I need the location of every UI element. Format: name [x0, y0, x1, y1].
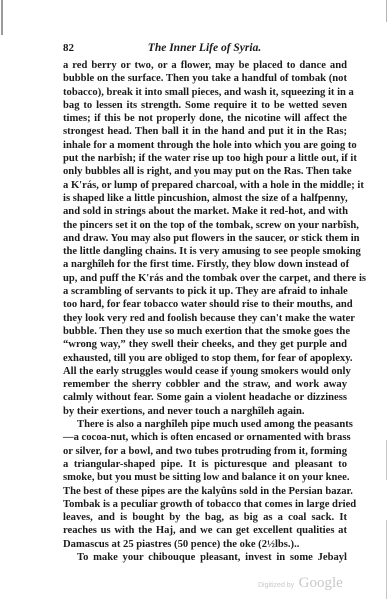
- text-line: only bubbles all is right, and you may p…: [63, 165, 347, 178]
- text-line: up, and puff the K'rás and the tombak ov…: [63, 272, 347, 285]
- scan-edge-artifact: [1, 0, 3, 35]
- text-line: bubble. Then they use so much exertion t…: [63, 325, 347, 338]
- text-line: a narghîleh for the first time. Firstly,…: [63, 258, 347, 271]
- text-line: put the narbîsh; if the water rise up to…: [63, 152, 347, 165]
- text-line: leaves, and is bought by the bag, as big…: [63, 511, 347, 524]
- text-line: tobacco), break it into small pieces, an…: [63, 86, 347, 99]
- text-line: bag to lessen its strength. Some require…: [63, 99, 347, 112]
- text-line: and draw. You may also put flowers in th…: [63, 232, 347, 245]
- running-title: The Inner Life of Syria.: [63, 42, 346, 54]
- text-line: by their exertions, and never touch a na…: [63, 405, 347, 418]
- text-line: times; if this be not properly done, the…: [63, 112, 347, 125]
- text-line: All the early struggles would cease if y…: [63, 365, 347, 378]
- text-line: calmly without fear. Some gain a violent…: [63, 391, 347, 404]
- text-line: a K'rás, or lump of prepared charcoal, w…: [63, 179, 347, 192]
- scan-edge-artifact: [386, 0, 387, 22]
- google-logo-text: Google: [299, 575, 343, 591]
- text-line: Tombak is a peculiar growth of tobacco t…: [63, 498, 347, 511]
- text-line: they look very red and foolish because t…: [63, 312, 347, 325]
- text-line: is shaped like a little pincushion, almo…: [63, 192, 347, 205]
- text-line: There is also a narghîleh pipe much used…: [63, 418, 347, 431]
- page-header: 82 The Inner Life of Syria.: [63, 42, 346, 56]
- text-line: exhausted, till you are obliged to stop …: [63, 352, 347, 365]
- watermark-prefix: Digitized by: [258, 582, 294, 589]
- text-line: the little dangling chains. It is very a…: [63, 245, 347, 258]
- text-line: bubble on the surface. Then you take a h…: [63, 72, 347, 85]
- text-line: strongest head. Then ball it in the hand…: [63, 125, 347, 138]
- text-line: a scrambling of servants to pick it up. …: [63, 285, 347, 298]
- scan-edge-artifact: [386, 440, 387, 480]
- text-line: —a cocoa-nut, which is often encased or …: [63, 431, 347, 444]
- text-line: Damascus at 25 piastres (50 pence) the o…: [63, 538, 347, 551]
- text-line: a red berry or two, or a flower, may be …: [63, 59, 347, 72]
- text-line: inhale for a moment through the hole int…: [63, 139, 347, 152]
- text-line: reaches us with the Haj, and we can get …: [63, 524, 347, 537]
- text-line: and sold in strings about the market. Ma…: [63, 205, 347, 218]
- text-line: a triangular-shaped pipe. It is pictures…: [63, 458, 347, 471]
- text-line: “wrong way,” they swell their cheeks, an…: [63, 338, 347, 351]
- text-line: the pincers set it on the top of the tom…: [63, 219, 347, 232]
- text-line: smoke, but you must be sitting low and b…: [63, 471, 347, 484]
- scan-edge-artifact: [386, 520, 387, 599]
- text-line: remember the sherry cobbler and the stra…: [63, 378, 347, 391]
- text-line: too hard, for fear tobacco water should …: [63, 298, 347, 311]
- text-line: To make your chibouque pleasant, invest …: [63, 551, 347, 564]
- body-text: a red berry or two, or a flower, may be …: [63, 59, 347, 564]
- digitized-by-google-watermark: Digitized by Google: [258, 574, 343, 592]
- text-line: or silver, for a bowl, and two tubes pro…: [63, 445, 347, 458]
- text-line: The best of these pipes are the kalyûns …: [63, 485, 347, 498]
